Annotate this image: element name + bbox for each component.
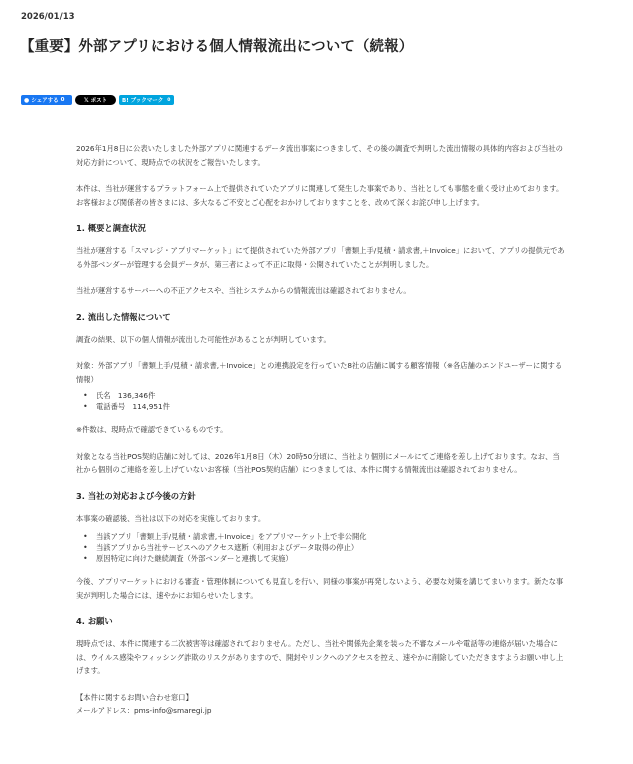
share-bar: ● シェアする 0 𝕏 ポスト B! ブックマーク 0: [21, 95, 174, 105]
article-date: 2026/01/13: [21, 12, 75, 22]
contact-email-line: メールアドレス：pms-info@smaregi.jp: [76, 704, 566, 718]
contact-heading: 【本件に関するお問い合わせ窓口】: [76, 691, 566, 705]
section-paragraph: ※件数は、現時点で確認できているものです。: [76, 423, 566, 437]
facebook-share-label: シェアする: [31, 96, 58, 104]
hatena-bookmark-count: 0: [167, 98, 170, 103]
section-heading: 3. 当社の対応および今後の方針: [76, 490, 566, 502]
section-paragraph: 今後、アプリマーケットにおける審査・管理体制についても見直しを行い、同様の事案が…: [76, 575, 566, 602]
contact-email-label: メールアドレス：: [76, 706, 134, 715]
article-title: 【重要】外部アプリにおける個人情報流出について（続報）: [20, 35, 413, 56]
hatena-bookmark-label: B! ブックマーク: [122, 96, 163, 104]
list-item: 当該アプリから当社サービスへのアクセス遮断（利用およびデータ取得の停止）: [76, 542, 566, 553]
section-paragraph: 現時点では、本件に関連する二次被害等は確認されておりません。ただし、当社や関係先…: [76, 637, 566, 678]
facebook-share-button[interactable]: ● シェアする 0: [21, 95, 72, 105]
section-heading: 1. 概要と調査状況: [76, 222, 566, 234]
section-heading: 4. お願い: [76, 615, 566, 627]
section-paragraph: 対象となる当社POS契約店舗に対しては、2026年1月8日（木）20時50分頃に…: [76, 450, 566, 477]
leaked-data-list: 氏名 136,346件 電話番号 114,951件: [76, 390, 566, 412]
x-post-label: ポスト: [91, 96, 108, 104]
section-paragraph: 調査の結果、以下の個人情報が流出した可能性があることが判明しています。: [76, 333, 566, 347]
section-paragraph: 当社が運営する「スマレジ・アプリマーケット」にて提供されていた外部アプリ「書類上…: [76, 244, 566, 271]
section-paragraph: 本事案の確認後、当社は以下の対応を実施しております。: [76, 512, 566, 526]
intro-paragraph: 2026年1月8日に公表いたしました外部アプリに関連するデータ流出事案につきまし…: [76, 142, 566, 169]
hatena-bookmark-button[interactable]: B! ブックマーク 0: [119, 95, 174, 105]
contact-email-link[interactable]: pms-info@smaregi.jp: [134, 706, 212, 715]
facebook-icon: ●: [24, 97, 29, 104]
list-item: 当該アプリ「書類上手/見積・請求書,＋Invoice」をアプリマーケット上で非公…: [76, 531, 566, 542]
article-body: 2026年1月8日に公表いたしました外部アプリに関連するデータ流出事案につきまし…: [76, 142, 566, 718]
contact-info: 【本件に関するお問い合わせ窓口】 メールアドレス：pms-info@smareg…: [76, 691, 566, 718]
intro-paragraph: 本件は、当社が運営するプラットフォーム上で提供されていたアプリに関連して発生した…: [76, 182, 566, 209]
list-item: 氏名 136,346件: [76, 390, 566, 401]
list-item: 電話番号 114,951件: [76, 401, 566, 412]
section-heading: 2. 流出した情報について: [76, 311, 566, 323]
response-actions-list: 当該アプリ「書類上手/見積・請求書,＋Invoice」をアプリマーケット上で非公…: [76, 531, 566, 564]
section-paragraph: 当社が運営するサーバーへの不正アクセスや、当社システムからの情報流出は確認されて…: [76, 284, 566, 298]
x-icon: 𝕏: [84, 97, 89, 104]
x-post-button[interactable]: 𝕏 ポスト: [75, 95, 116, 105]
list-item: 原因特定に向けた継続調査（外部ベンダーと連携して実施）: [76, 553, 566, 564]
facebook-share-count: 0: [61, 97, 65, 103]
section-paragraph: 対象：外部アプリ「書類上手/見積・請求書,＋Invoice」との連携設定を行って…: [76, 359, 566, 386]
